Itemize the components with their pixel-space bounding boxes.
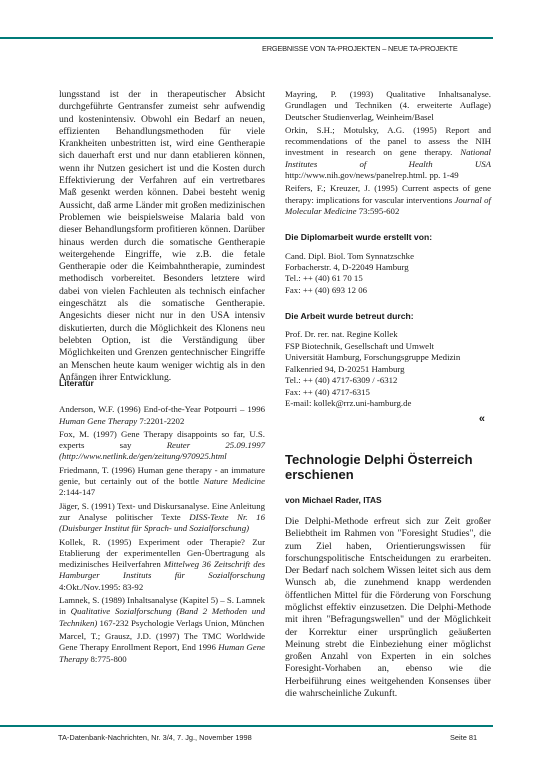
author-heading: Die Diplomarbeit wurde erstellt von:: [285, 231, 491, 243]
supervisor-contact: Prof. Dr. rer. nat. Regine Kollek FSP Bi…: [285, 329, 491, 409]
author-contact: Cand. Dipl. Biol. Tom Synnatzschke Forba…: [285, 251, 491, 297]
reference-list-continued: Mayring, P. (1993) Qualitative Inhaltsan…: [285, 89, 491, 217]
reference-item: Orkin, S.H.; Motulsky, A.G. (1995) Repor…: [285, 125, 491, 181]
footer-rule: [0, 725, 493, 727]
reference-item: Mayring, P. (1993) Qualitative Inhaltsan…: [285, 89, 491, 123]
reference-item: Kollek, R. (1995) Experiment oder Therap…: [59, 537, 265, 593]
supervisor-institution: Universität Hamburg, Forschungsgruppe Me…: [285, 352, 491, 363]
body-paragraph: lungsstand ist der in therapeutischer Ab…: [59, 89, 265, 371]
article-byline: von Michael Rader, ITAS: [285, 494, 491, 506]
left-column: lungsstand ist der in therapeutischer Ab…: [59, 89, 265, 667]
supervisor-phone: Tel.: ++ (40) 4717-6309 / -6312: [285, 375, 491, 386]
reference-item: Friedmann, T. (1996) Human gene therapy …: [59, 465, 265, 499]
reference-item: Marcel, T.; Grausz, J.D. (1997) The TMC …: [59, 631, 265, 665]
footer-publication: TA-Datenbank-Nachrichten, Nr. 3/4, 7. Jg…: [58, 733, 252, 742]
reference-item: Anderson, W.F. (1996) End-of-the-Year Po…: [59, 404, 265, 427]
supervisor-unit: FSP Biotechnik, Gesellschaft und Umwelt: [285, 341, 491, 352]
author-phone: Tel.: ++ (40) 61 70 15: [285, 273, 491, 284]
supervisor-email[interactable]: E-mail: kollek@rrz.uni-hamburg.de: [285, 398, 491, 409]
article-body: Die Delphi-Methode erfreut sich zur Zeit…: [285, 516, 491, 700]
reference-item: Reifers, F.; Kreuzer, J. (1995) Current …: [285, 183, 491, 217]
supervisor-name: Prof. Dr. rer. nat. Regine Kollek: [285, 329, 491, 340]
header-rule: [0, 37, 493, 39]
author-name: Cand. Dipl. Biol. Tom Synnatzschke: [285, 251, 491, 262]
reference-item: Lamnek, S. (1989) Inhaltsanalyse (Kapite…: [59, 595, 265, 629]
article-title: Technologie Delphi Österreich erschienen: [285, 452, 491, 482]
author-fax: Fax: ++ (40) 693 12 06: [285, 285, 491, 296]
author-address: Forbacherstr. 4, D-22049 Hamburg: [285, 262, 491, 273]
running-head: ERGEBNISSE VON TA-PROJEKTEN – NEUE TA-PR…: [262, 44, 487, 53]
reference-item: Fox, M. (1997) Gene Therapy disappoints …: [59, 429, 265, 463]
reference-item: Jäger, S. (1991) Text- und Diskursanalys…: [59, 501, 265, 535]
right-column: Mayring, P. (1993) Qualitative Inhaltsan…: [285, 89, 491, 700]
supervisor-fax: Fax: ++ (40) 4717-6315: [285, 387, 491, 398]
reference-list: Anderson, W.F. (1996) End-of-the-Year Po…: [59, 404, 265, 665]
supervisor-heading: Die Arbeit wurde betreut durch:: [285, 310, 491, 322]
end-of-article-icon: «: [285, 413, 491, 425]
supervisor-address: Falkenried 94, D-20251 Hamburg: [285, 364, 491, 375]
page-number: Seite 81: [450, 733, 477, 742]
